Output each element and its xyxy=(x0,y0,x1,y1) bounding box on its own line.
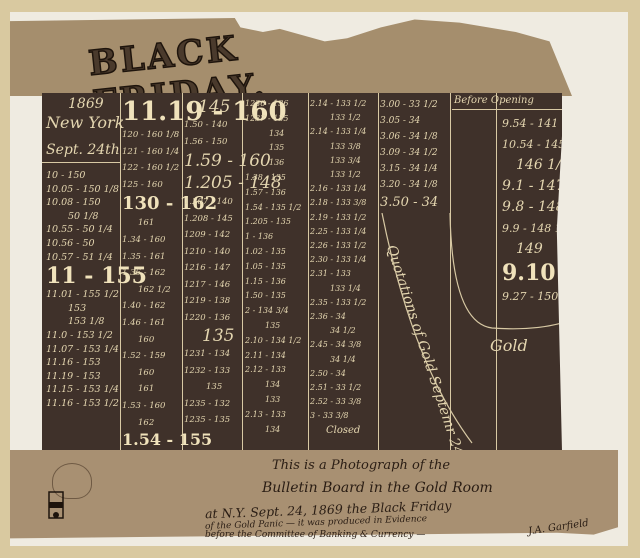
quote-entry: 2.50 - 34 xyxy=(310,369,346,378)
board-date: Sept. 24th xyxy=(46,143,120,157)
quote-entry: 135 xyxy=(265,321,280,330)
caption-line-5: before the Committee of Banking & Curren… xyxy=(205,530,425,540)
quote-entry: 1.205 - 135 xyxy=(245,217,291,226)
quote-entry: 1.35 - 161 xyxy=(122,252,165,262)
quote-entry: 10.05 - 150 1/8 xyxy=(46,184,119,195)
quote-entry-highlight: 145 xyxy=(198,97,230,117)
quote-entry: 1.02 - 135 xyxy=(245,247,286,256)
quote-entry: 1237 - 135 xyxy=(245,114,288,123)
quote-entry: 1.50 - 135 xyxy=(245,291,286,300)
quote-entry: 11.01 - 155 1/2 xyxy=(46,289,119,300)
quote-entry: 2.13 - 133 xyxy=(245,410,286,419)
quote-entry: 1.54 - 135 1/2 xyxy=(245,203,301,212)
gold-label: Gold xyxy=(490,338,528,354)
quote-entry: 1220 - 136 xyxy=(184,313,230,323)
stamp-icon xyxy=(45,490,67,520)
quote-entry: 10 - 150 xyxy=(46,170,85,181)
quote-entry: 1209 - 142 xyxy=(184,230,230,240)
bulletin-board: 1869 New York Sept. 24th 10 - 150 10.05 … xyxy=(42,93,562,451)
quote-entry: 161 xyxy=(138,218,154,228)
quote-entry: 1231 - 134 xyxy=(184,349,230,359)
before-opening-label: Before Opening xyxy=(454,96,534,106)
quote-entry: 149 xyxy=(516,241,543,257)
quote-entry: 10.57 - 51 1/4 xyxy=(46,252,113,263)
quote-entry: 2.51 - 33 1/2 xyxy=(310,383,361,392)
caption-line-2: Bulletin Board in the Gold Room xyxy=(262,480,493,496)
quote-entry: 3.06 - 34 1/8 xyxy=(380,132,438,142)
quote-entry: 1210 - 140 xyxy=(184,247,230,257)
quote-entry: 9.8 - 148 xyxy=(502,199,565,215)
quote-entry: 1217 - 146 xyxy=(184,280,230,290)
quote-entry: 3.20 - 34 1/8 xyxy=(380,180,438,190)
quote-entry: 2.16 - 133 1/4 xyxy=(310,184,366,193)
quote-entry: 2.26 - 133 1/2 xyxy=(310,241,366,250)
quote-entry: 11.19 - 153 xyxy=(46,371,101,382)
quote-entry: 133 1/2 xyxy=(330,170,361,179)
quote-entry: 153 xyxy=(68,303,86,314)
quote-entry: 161 xyxy=(138,384,154,394)
column-4: 1236 - 136 1237 - 135 134 135 136 1.38 -… xyxy=(245,97,301,437)
column-5: 2.14 - 133 1/2 133 1/2 2.14 - 133 1/4 13… xyxy=(310,97,366,438)
quote-entry: 136 xyxy=(269,158,284,167)
quote-entry: 2.14 - 133 1/2 xyxy=(310,99,366,108)
quote-entry: 1232 - 133 xyxy=(184,366,230,376)
quote-entry: 121 - 160 1/4 xyxy=(122,147,179,157)
quote-entry: 2.12 - 133 xyxy=(245,365,286,374)
quote-entry: 11.15 - 153 1/4 xyxy=(46,384,119,395)
quote-entry: 1235 - 132 xyxy=(184,399,230,409)
quote-entry: 160 xyxy=(138,335,154,345)
quote-entry: 11.16 - 153 xyxy=(46,357,101,368)
quote-entry: 2.45 - 34 3/8 xyxy=(310,340,361,349)
quote-entry: 3.00 - 33 1/2 xyxy=(380,100,438,110)
quote-entry: 1.207 - 140 xyxy=(184,197,233,207)
header-divider xyxy=(452,109,562,110)
quote-entry: 1.53 - 160 xyxy=(122,401,165,411)
quote-entry: 133 1/4 xyxy=(330,284,361,293)
quote-entry: 1.34 - 160 xyxy=(122,235,165,245)
quote-entry: 11.0 - 153 1/2 xyxy=(46,330,113,341)
quote-entry: 2 - 134 3/4 xyxy=(245,306,289,315)
quote-entry: 134 xyxy=(265,425,280,434)
quote-entry: 3.09 - 34 1/2 xyxy=(380,148,438,158)
quote-entry: 2.18 - 133 3/8 xyxy=(310,198,366,207)
quote-entry: 133 3/8 xyxy=(330,142,361,151)
quote-entry: 125 - 160 xyxy=(122,180,163,190)
quote-entry: 2.10 - 134 1/2 xyxy=(245,336,301,345)
quote-entry: 135 xyxy=(206,382,222,392)
quote-entry: 1.52 - 159 xyxy=(122,351,165,361)
quote-entry: 2.25 - 133 1/4 xyxy=(310,227,366,236)
quote-entry: 34 1/2 xyxy=(330,326,356,335)
quote-entry: 1 - 136 xyxy=(245,232,273,241)
quote-entry: 134 xyxy=(269,129,284,138)
closed-label: Closed xyxy=(326,425,360,436)
quote-entry: 1.05 - 135 xyxy=(245,262,286,271)
quote-entry: 1.208 - 145 xyxy=(184,214,233,224)
quote-entry: 1.46 - 161 xyxy=(122,318,165,328)
quote-entry: 2.52 - 33 3/8 xyxy=(310,397,361,406)
quote-entry: 1216 - 147 xyxy=(184,263,230,273)
quote-entry: 133 1/2 xyxy=(330,113,361,122)
quote-entry: 1.40 - 162 xyxy=(122,301,165,311)
quote-entry: 1219 - 138 xyxy=(184,296,230,306)
quote-entry: 1236 - 136 xyxy=(245,99,288,108)
quote-entry: 2.11 - 134 xyxy=(245,351,286,360)
board-city: New York xyxy=(46,115,124,131)
quote-entry: 1.38 - 135 xyxy=(245,173,286,182)
quote-entry: 1.57 - 136 xyxy=(245,188,286,197)
quote-entry: 10.08 - 150 xyxy=(46,197,101,208)
quote-entry: 120 - 160 1/8 xyxy=(122,130,179,140)
quote-entry: 162 1/2 xyxy=(138,285,171,295)
quote-entry: 10.55 - 50 1/4 xyxy=(46,224,113,235)
quote-entry: 134 xyxy=(265,380,280,389)
quote-entry: 2.35 - 133 1/2 xyxy=(310,298,366,307)
quote-entry: 133 3/4 xyxy=(330,156,361,165)
quote-entry-highlight: 3.50 - 34 xyxy=(380,195,438,210)
quote-entry: 2.30 - 133 1/4 xyxy=(310,255,366,264)
quote-entry: 2.14 - 133 1/4 xyxy=(310,127,366,136)
quote-entry: 153 1/8 xyxy=(68,316,104,327)
quote-entry: 10.56 - 50 xyxy=(46,238,95,249)
quote-entry: 1.56 - 150 xyxy=(184,137,227,147)
quote-entry: 1.50 - 140 xyxy=(184,120,227,130)
caption-line-1: This is a Photograph of the xyxy=(272,458,450,473)
quote-entry: 135 xyxy=(269,143,284,152)
quote-entry: 1.15 - 136 xyxy=(245,277,286,286)
quote-entry: 3.15 - 34 1/4 xyxy=(380,164,438,174)
quote-entry: 9.1 - 147 xyxy=(502,178,565,194)
quote-entry: 1.36 - 162 xyxy=(122,268,165,278)
header-divider xyxy=(42,162,120,163)
quote-entry: 133 xyxy=(265,395,280,404)
board-year: 1869 xyxy=(68,97,104,111)
quote-entry: 2.19 - 133 1/2 xyxy=(310,213,366,222)
quote-entry: 11.07 - 153 1/4 xyxy=(46,344,119,355)
quote-entry: 3.05 - 34 xyxy=(380,116,420,126)
quote-entry-highlight: 1.54 - 155 xyxy=(122,430,212,449)
quote-entry: 3 - 33 3/8 xyxy=(310,411,348,420)
column-6: 3.00 - 33 1/2 3.05 - 34 3.06 - 34 1/8 3.… xyxy=(380,97,438,213)
quote-entry: 160 xyxy=(138,368,154,378)
quote-entry: 34 1/4 xyxy=(330,355,356,364)
quote-entry: 11.16 - 153 1/2 xyxy=(46,398,119,409)
quote-entry: 50 1/8 xyxy=(68,211,98,222)
quote-entry: 1235 - 135 xyxy=(184,415,230,425)
quote-entry: 162 xyxy=(138,418,154,428)
quote-entry: 122 - 160 1/2 xyxy=(122,163,179,173)
quote-entry: 2.31 - 133 xyxy=(310,269,351,278)
quote-entry-highlight: 135 xyxy=(202,326,234,346)
quote-entry: 2.36 - 34 xyxy=(310,312,346,321)
